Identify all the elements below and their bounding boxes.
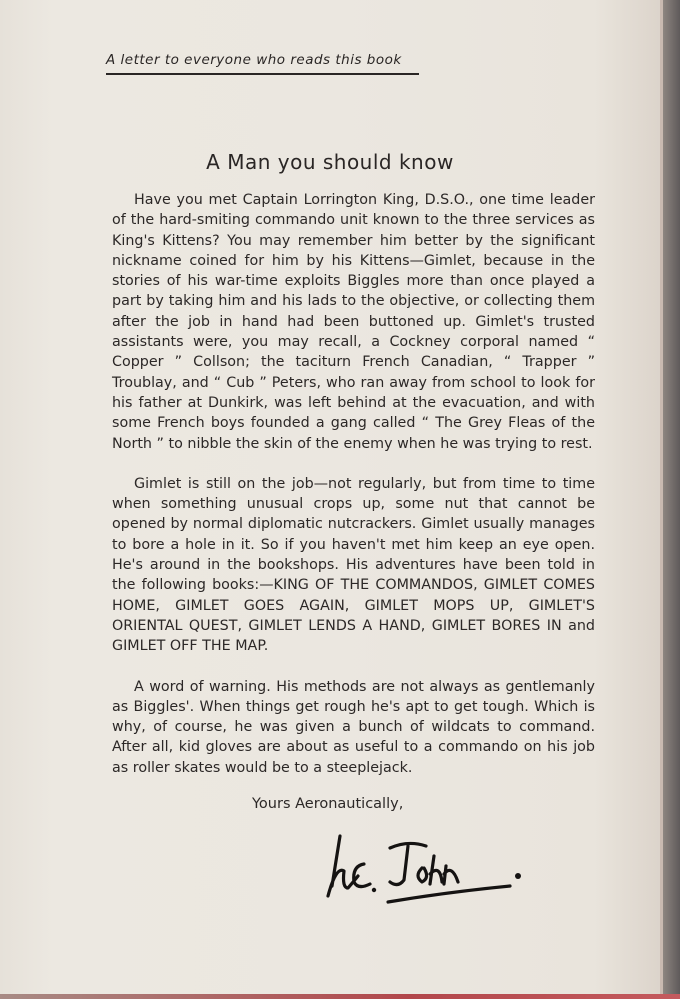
- letter-body: Have you met Captain Lorrington King, D.…: [112, 190, 595, 798]
- letter-header: A letter to everyone who reads this book: [106, 52, 419, 75]
- paragraph-2: Gimlet is still on the job—not regularly…: [112, 474, 595, 657]
- paragraph-1: Have you met Captain Lorrington King, D.…: [112, 190, 595, 454]
- jacket-bottom-edge: [0, 994, 680, 999]
- page-title: A Man you should know: [0, 150, 660, 174]
- jacket-edge: [663, 0, 680, 999]
- signoff: Yours Aeronautically,: [252, 796, 403, 812]
- paragraph-3: A word of warning. His methods are not a…: [112, 677, 595, 778]
- signature-icon: [318, 826, 538, 916]
- book-jacket-page: A letter to everyone who reads this book…: [0, 0, 663, 994]
